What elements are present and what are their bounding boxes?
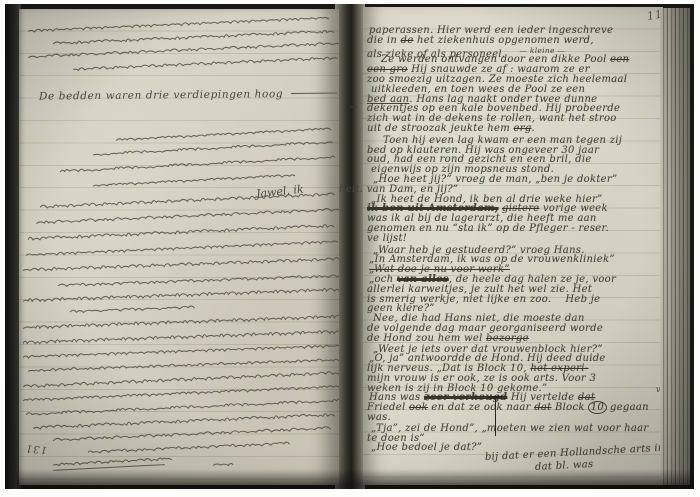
right-page: 111 paperassen. Hier werd een ieder inge…	[363, 7, 663, 485]
right-page-lines: paperassen. Hier werd een ieder ingeschr…	[367, 26, 659, 473]
left-page-note-text: De bedden waren drie verdiepingen hoog	[39, 88, 283, 103]
handwriting-line	[70, 302, 190, 316]
screenshot-stage: De bedden waren drie verdiepingen hoog→ …	[0, 0, 700, 497]
book-fore-edge	[660, 8, 690, 485]
left-page: De bedden waren drie verdiepingen hoog→ …	[19, 9, 339, 485]
book-gutter-shadow	[335, 4, 365, 489]
handwriting-line: de Hond zou hem wel bezorge	[367, 334, 659, 344]
left-arrow-icon: ←	[349, 102, 357, 113]
right-arrow-icon: →	[338, 87, 339, 100]
bottom-shadow	[17, 469, 694, 489]
handwriting-line: genomen en nu “sta ik” op de Pfleger - r…	[367, 224, 659, 234]
handwriting-line: Friedel ook en dat ze ook naar dat Block…	[367, 403, 659, 413]
notebook-scan-photo: De bedden waren drie verdiepingen hoog→ …	[5, 4, 694, 489]
handwriting-line: die in de het ziekenhuis opgenomen werd,	[367, 36, 659, 46]
insertion-caret-mark	[489, 396, 502, 436]
handwriting-line	[213, 459, 231, 470]
handwriting-line: was.	[367, 413, 659, 423]
left-page-strokes	[19, 9, 339, 485]
note-dash-line	[291, 92, 337, 93]
handwriting-line: uit de stroozak jeukte hem erg.	[367, 124, 659, 134]
handwriting-line: ve lijst!	[367, 234, 659, 244]
